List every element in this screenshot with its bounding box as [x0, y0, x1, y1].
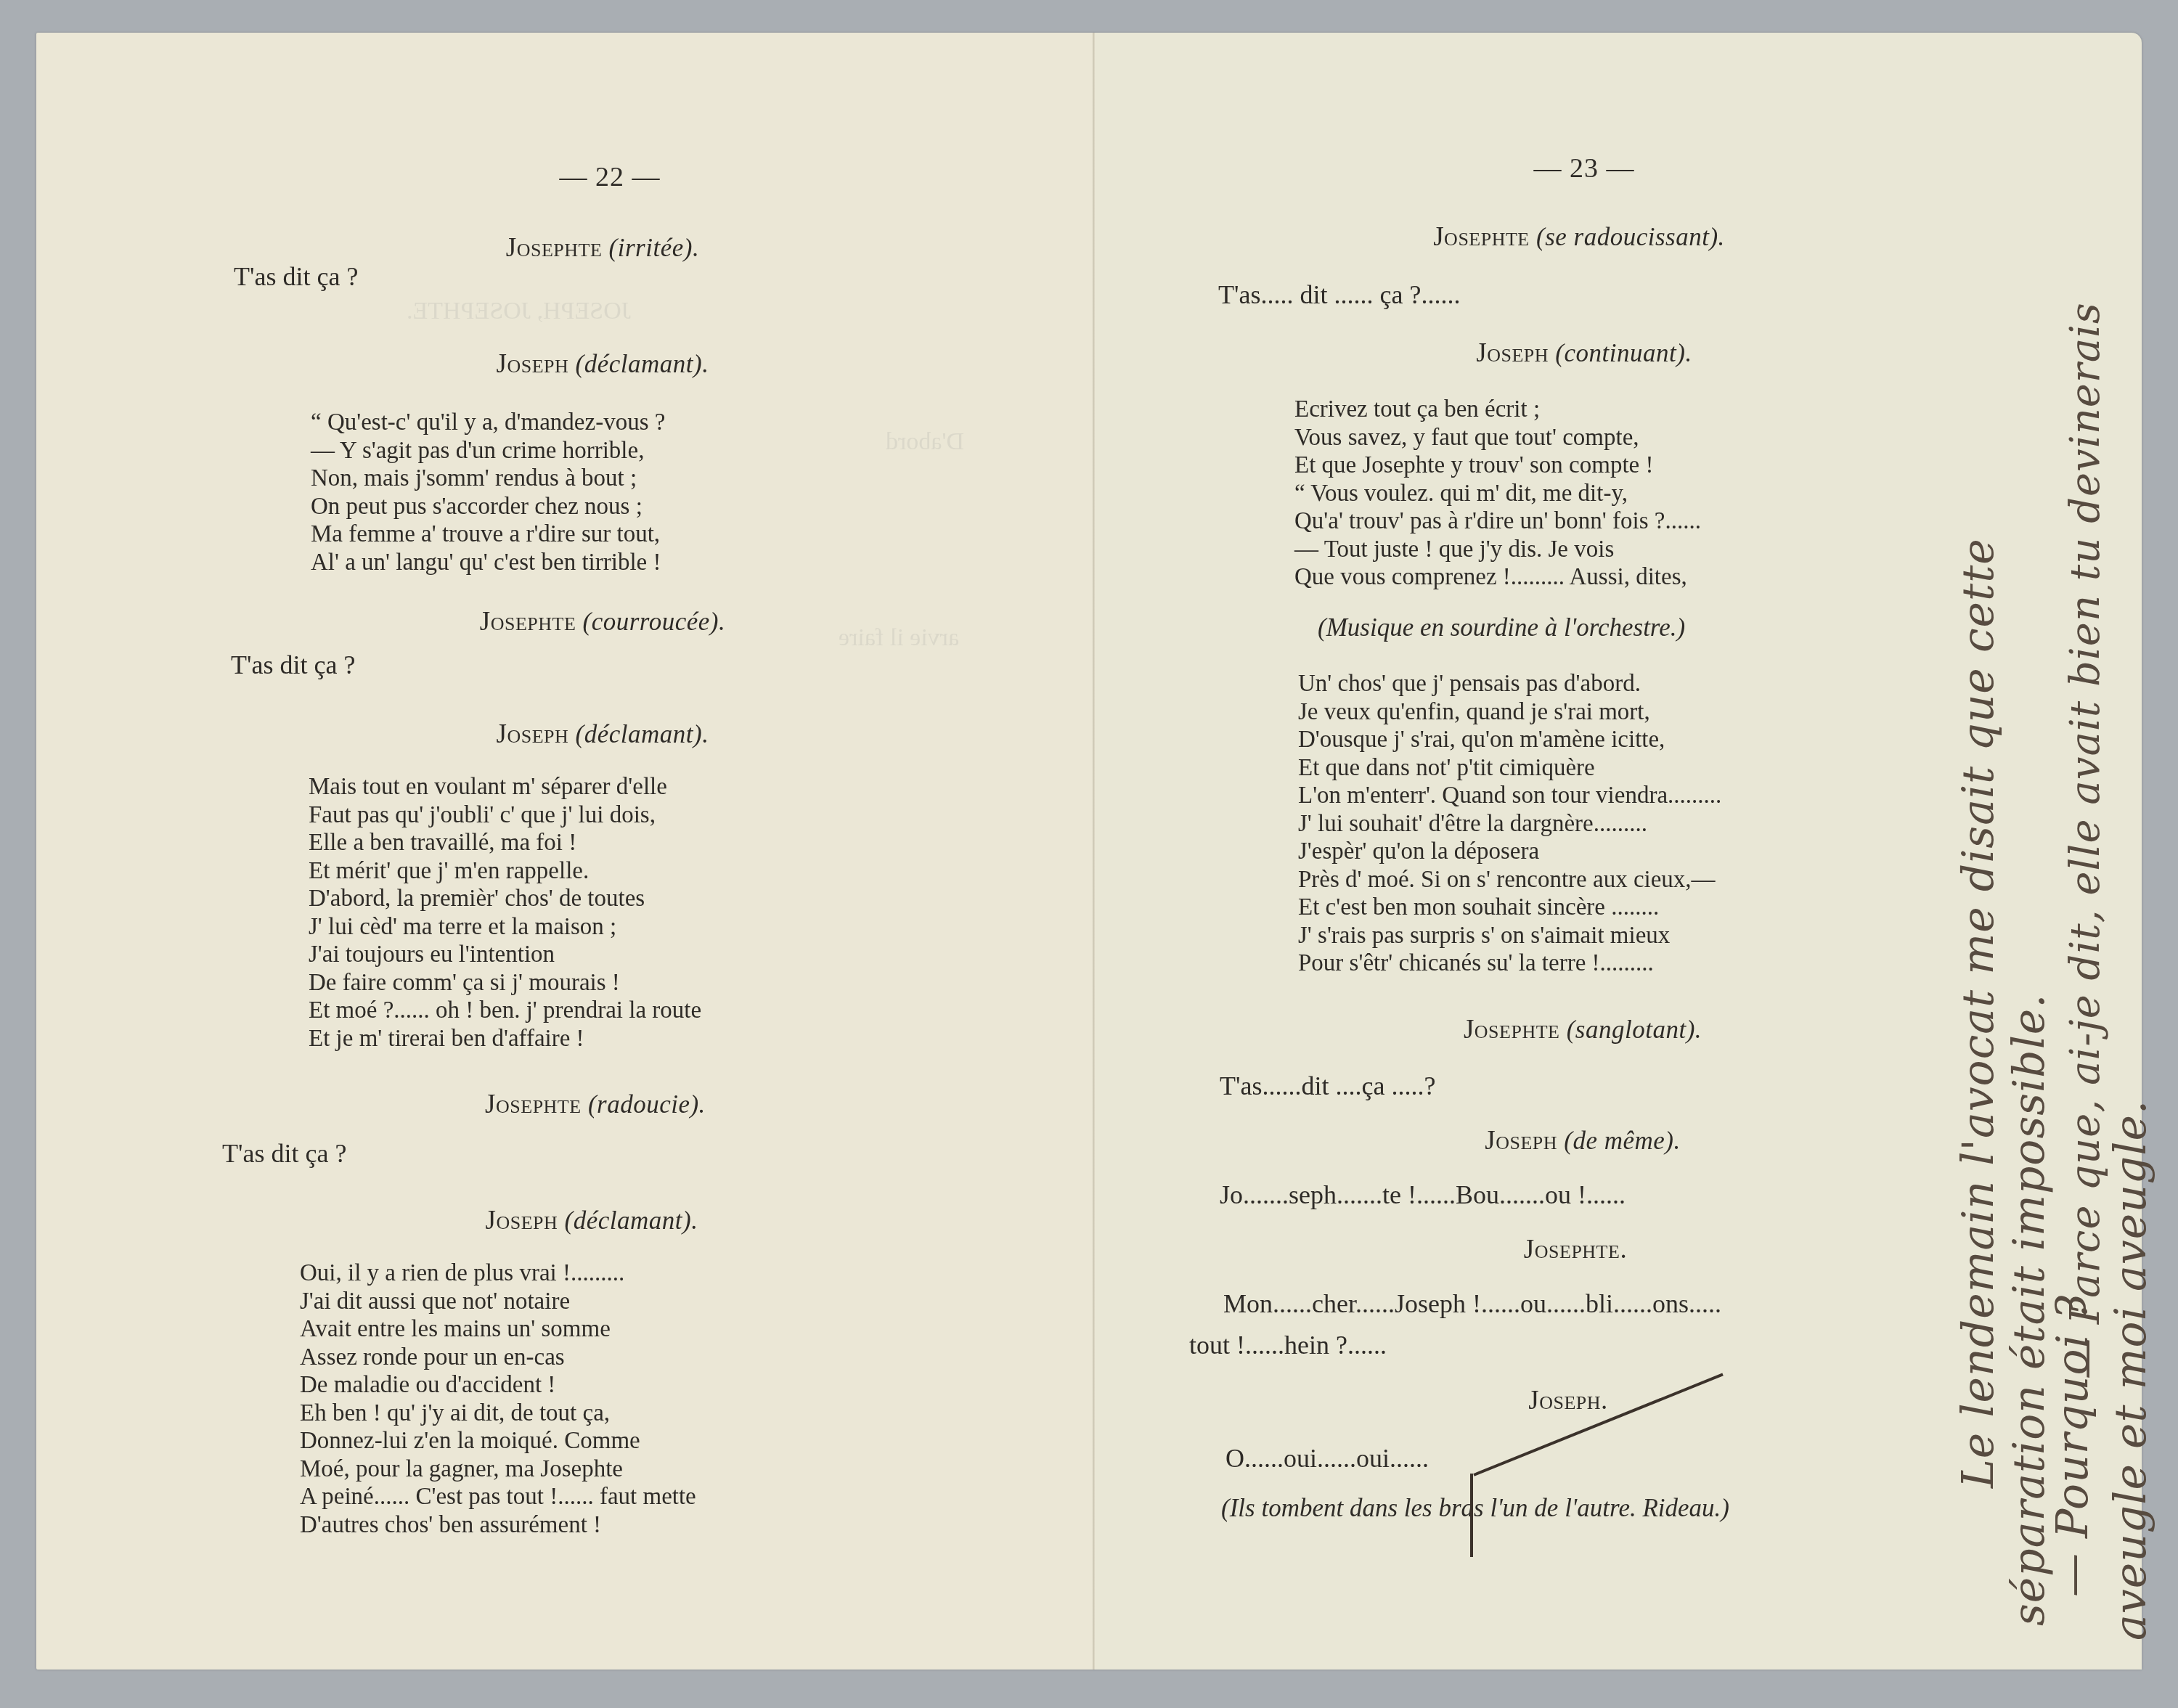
speaker-heading: Joseph (déclamant).	[497, 348, 709, 380]
verse-line: Qu'a' trouv' pas à r'dire un' bonn' fois…	[1294, 507, 1701, 536]
speaker-heading: Joseph (déclamant).	[497, 719, 709, 750]
verse-line: “ Qu'est-c' qu'il y a, d'mandez-vous ?	[311, 409, 665, 437]
handwritten-note-line: aveugle et moi aveugle.	[2105, 1100, 2156, 1640]
stage-direction: (courroucée).	[583, 608, 726, 636]
speaker-name: Joseph	[1476, 338, 1549, 368]
speaker-name: Josephte	[506, 233, 603, 263]
speaker-heading: Josephte (courroucée).	[480, 606, 725, 637]
verse-line: Vous savez, y faut que tout' compte,	[1294, 424, 1701, 452]
speaker-name: Joseph	[486, 1206, 558, 1235]
stage-direction-music: (Musique en sourdine à l'orchestre.)	[1318, 613, 1685, 642]
verse-line: On peut pus s'accorder chez nous ;	[311, 493, 665, 521]
verse-line: Ecrivez tout ça ben écrit ;	[1294, 396, 1701, 424]
verse-line: Al' a un' langu' qu' c'est ben tirrible …	[311, 549, 665, 577]
verse-line: J'espèr' qu'on la déposera	[1298, 838, 1721, 866]
speaker-heading: Josephte (se radoucissant).	[1433, 221, 1725, 253]
verse-line: J' lui souhait' d'être la dargnère......…	[1298, 810, 1721, 838]
dialogue-line: tout !......hein ?......	[1189, 1330, 1387, 1360]
verse-line: Avait entre les mains un' somme	[300, 1315, 696, 1344]
verse-line: A peiné...... C'est pas tout !...... fau…	[300, 1483, 696, 1511]
stage-direction: (de même).	[1564, 1127, 1680, 1155]
verse-line: — Y s'agit pas d'un crime horrible,	[311, 437, 665, 465]
verse-line: Mais tout en voulant m' séparer d'elle	[309, 773, 701, 801]
dialogue-line: T'as..... dit ...... ça ?......	[1218, 279, 1460, 310]
verse-line: Donnez-lui z'en la moiqué. Comme	[300, 1427, 696, 1455]
verse-line: D'autres chos' ben assurément !	[300, 1511, 696, 1540]
verse-line: Et que dans not' p'tit cimiquère	[1298, 754, 1721, 783]
verse-line: D'abord, la premièr' chos' de toutes	[309, 885, 701, 913]
verse-line: De faire comm' ça si j' mourais !	[309, 969, 701, 997]
verse-line: L'on m'enterr'. Quand son tour viendra..…	[1298, 782, 1721, 810]
speaker-heading: Joseph.	[1528, 1385, 1608, 1416]
verse-line: Et moé ?...... oh ! ben. j' prendrai la …	[309, 997, 701, 1025]
verse-line: Moé, pour la gagner, ma Josephte	[300, 1455, 696, 1484]
dialogue-line: O......oui......oui......	[1225, 1443, 1429, 1474]
verse-line: Ma femme a' trouve a r'dire sur tout,	[311, 520, 665, 549]
verse-line: De maladie ou d'accident !	[300, 1371, 696, 1400]
verse-block: Ecrivez tout ça ben écrit ; Vous savez, …	[1294, 396, 1701, 592]
bleed-through-text: JOSEPH, JOSEPHTE.	[407, 298, 631, 325]
dialogue-line: T'as......dit ....ça .....?	[1220, 1071, 1435, 1101]
verse-line: “ Vous voulez. qui m' dit, me dit-y,	[1294, 480, 1701, 508]
verse-line: Je veux qu'enfin, quand je s'rai mort,	[1298, 698, 1721, 727]
stage-direction-curtain: (Ils tombent dans les bras l'un de l'aut…	[1221, 1494, 1729, 1523]
verse-line: Et mérit' que j' m'en rappelle.	[309, 857, 701, 886]
verse-line: Que vous comprenez !......... Aussi, dit…	[1294, 563, 1701, 592]
dialogue-line: Mon......cher......Joseph !......ou.....…	[1223, 1288, 1721, 1319]
stage-direction: (radoucie).	[588, 1090, 706, 1119]
ink-bracket-mark	[1470, 1474, 1473, 1557]
bleed-through-text: arvie il faire	[839, 624, 959, 652]
speaker-heading: Josephte.	[1524, 1234, 1627, 1265]
verse-line: J' s'rais pas surpris s' on s'aimait mie…	[1298, 922, 1721, 950]
speaker-name: Josephte	[1464, 1015, 1560, 1045]
verse-line: J'ai toujours eu l'intention	[309, 941, 701, 969]
dialogue-line: T'as dit ça ?	[222, 1138, 346, 1169]
verse-block: Oui, il y a rien de plus vrai !.........…	[300, 1259, 696, 1539]
verse-line: Et c'est ben mon souhait sincère .......…	[1298, 894, 1721, 922]
verse-block: Un' chos' que j' pensais pas d'abord. Je…	[1298, 670, 1721, 978]
dialogue-line: T'as dit ça ?	[231, 650, 355, 680]
speaker-name: Josephte.	[1524, 1235, 1627, 1264]
verse-line: Assez ronde pour un en-cas	[300, 1344, 696, 1372]
verse-line: J' lui cèd' ma terre et la maison ;	[309, 913, 701, 941]
page-number-22: — 22 —	[560, 161, 661, 193]
stage-direction: (continuant).	[1555, 339, 1692, 367]
verse-line: D'ousque j' s'rai, qu'on m'amène icitte,	[1298, 726, 1721, 754]
verse-line: Non, mais j'somm' rendus à bout ;	[311, 465, 665, 493]
stage-direction: (déclamant).	[565, 1206, 698, 1235]
verse-block: Mais tout en voulant m' séparer d'elle F…	[309, 773, 701, 1053]
page-number-23: — 23 —	[1534, 152, 1635, 184]
dialogue-line: T'as dit ça ?	[234, 261, 358, 292]
speaker-heading: Josephte (sanglotant).	[1464, 1014, 1702, 1045]
speaker-name: Joseph	[497, 349, 569, 379]
handwritten-note-line: Le lendemain l'avocat me disait que cett…	[1953, 538, 2004, 1488]
verse-line: Près d' moé. Si on s' rencontre aux cieu…	[1298, 866, 1721, 894]
verse-block: “ Qu'est-c' qu'il y a, d'mandez-vous ? —…	[311, 409, 665, 576]
book-gutter	[1093, 33, 1095, 1670]
verse-line: J'ai dit aussi que not' notaire	[300, 1288, 696, 1316]
stage-direction: (déclamant).	[576, 350, 709, 378]
handwritten-note-line: — Parce que, ai-je dit, elle avait bien …	[2062, 302, 2109, 1379]
stage-direction: (irritée).	[609, 234, 700, 262]
verse-line: — Tout juste ! que j'y dis. Je vois	[1294, 536, 1701, 564]
speaker-heading: Joseph (continuant).	[1476, 338, 1692, 369]
stage-direction: (sanglotant).	[1567, 1016, 1702, 1044]
verse-line: Elle a ben travaillé, ma foi !	[309, 829, 701, 857]
dialogue-line: Jo.......seph.......te !......Bou.......…	[1220, 1180, 1626, 1210]
stage-direction: (déclamant).	[576, 720, 709, 748]
verse-line: Faut pas qu' j'oubli' c' que j' lui dois…	[309, 801, 701, 830]
speaker-heading: Joseph (de même).	[1485, 1125, 1680, 1156]
speaker-name: Joseph.	[1528, 1386, 1608, 1415]
speaker-name: Josephte	[1433, 222, 1530, 252]
verse-line: Oui, il y a rien de plus vrai !.........	[300, 1259, 696, 1288]
speaker-heading: Joseph (déclamant).	[486, 1205, 698, 1236]
speaker-name: Josephte	[480, 607, 576, 637]
stage-direction: (se radoucissant).	[1536, 223, 1725, 251]
speaker-heading: Josephte (irritée).	[506, 232, 699, 263]
verse-line: Et que Josephte y trouv' son compte !	[1294, 451, 1701, 480]
verse-line: Eh ben ! qu' j'y ai dit, de tout ça,	[300, 1400, 696, 1428]
speaker-name: Joseph	[1485, 1126, 1557, 1156]
speaker-name: Joseph	[497, 719, 569, 749]
verse-line: Un' chos' que j' pensais pas d'abord.	[1298, 670, 1721, 698]
speaker-heading: Josephte (radoucie).	[485, 1089, 706, 1120]
verse-line: Pour s'êtr' chicanés su' la terre !.....…	[1298, 949, 1721, 978]
verse-line: Et je m' tirerai ben d'affaire !	[309, 1025, 701, 1053]
speaker-name: Josephte	[485, 1090, 582, 1119]
bleed-through-text: D'abord	[886, 428, 964, 456]
